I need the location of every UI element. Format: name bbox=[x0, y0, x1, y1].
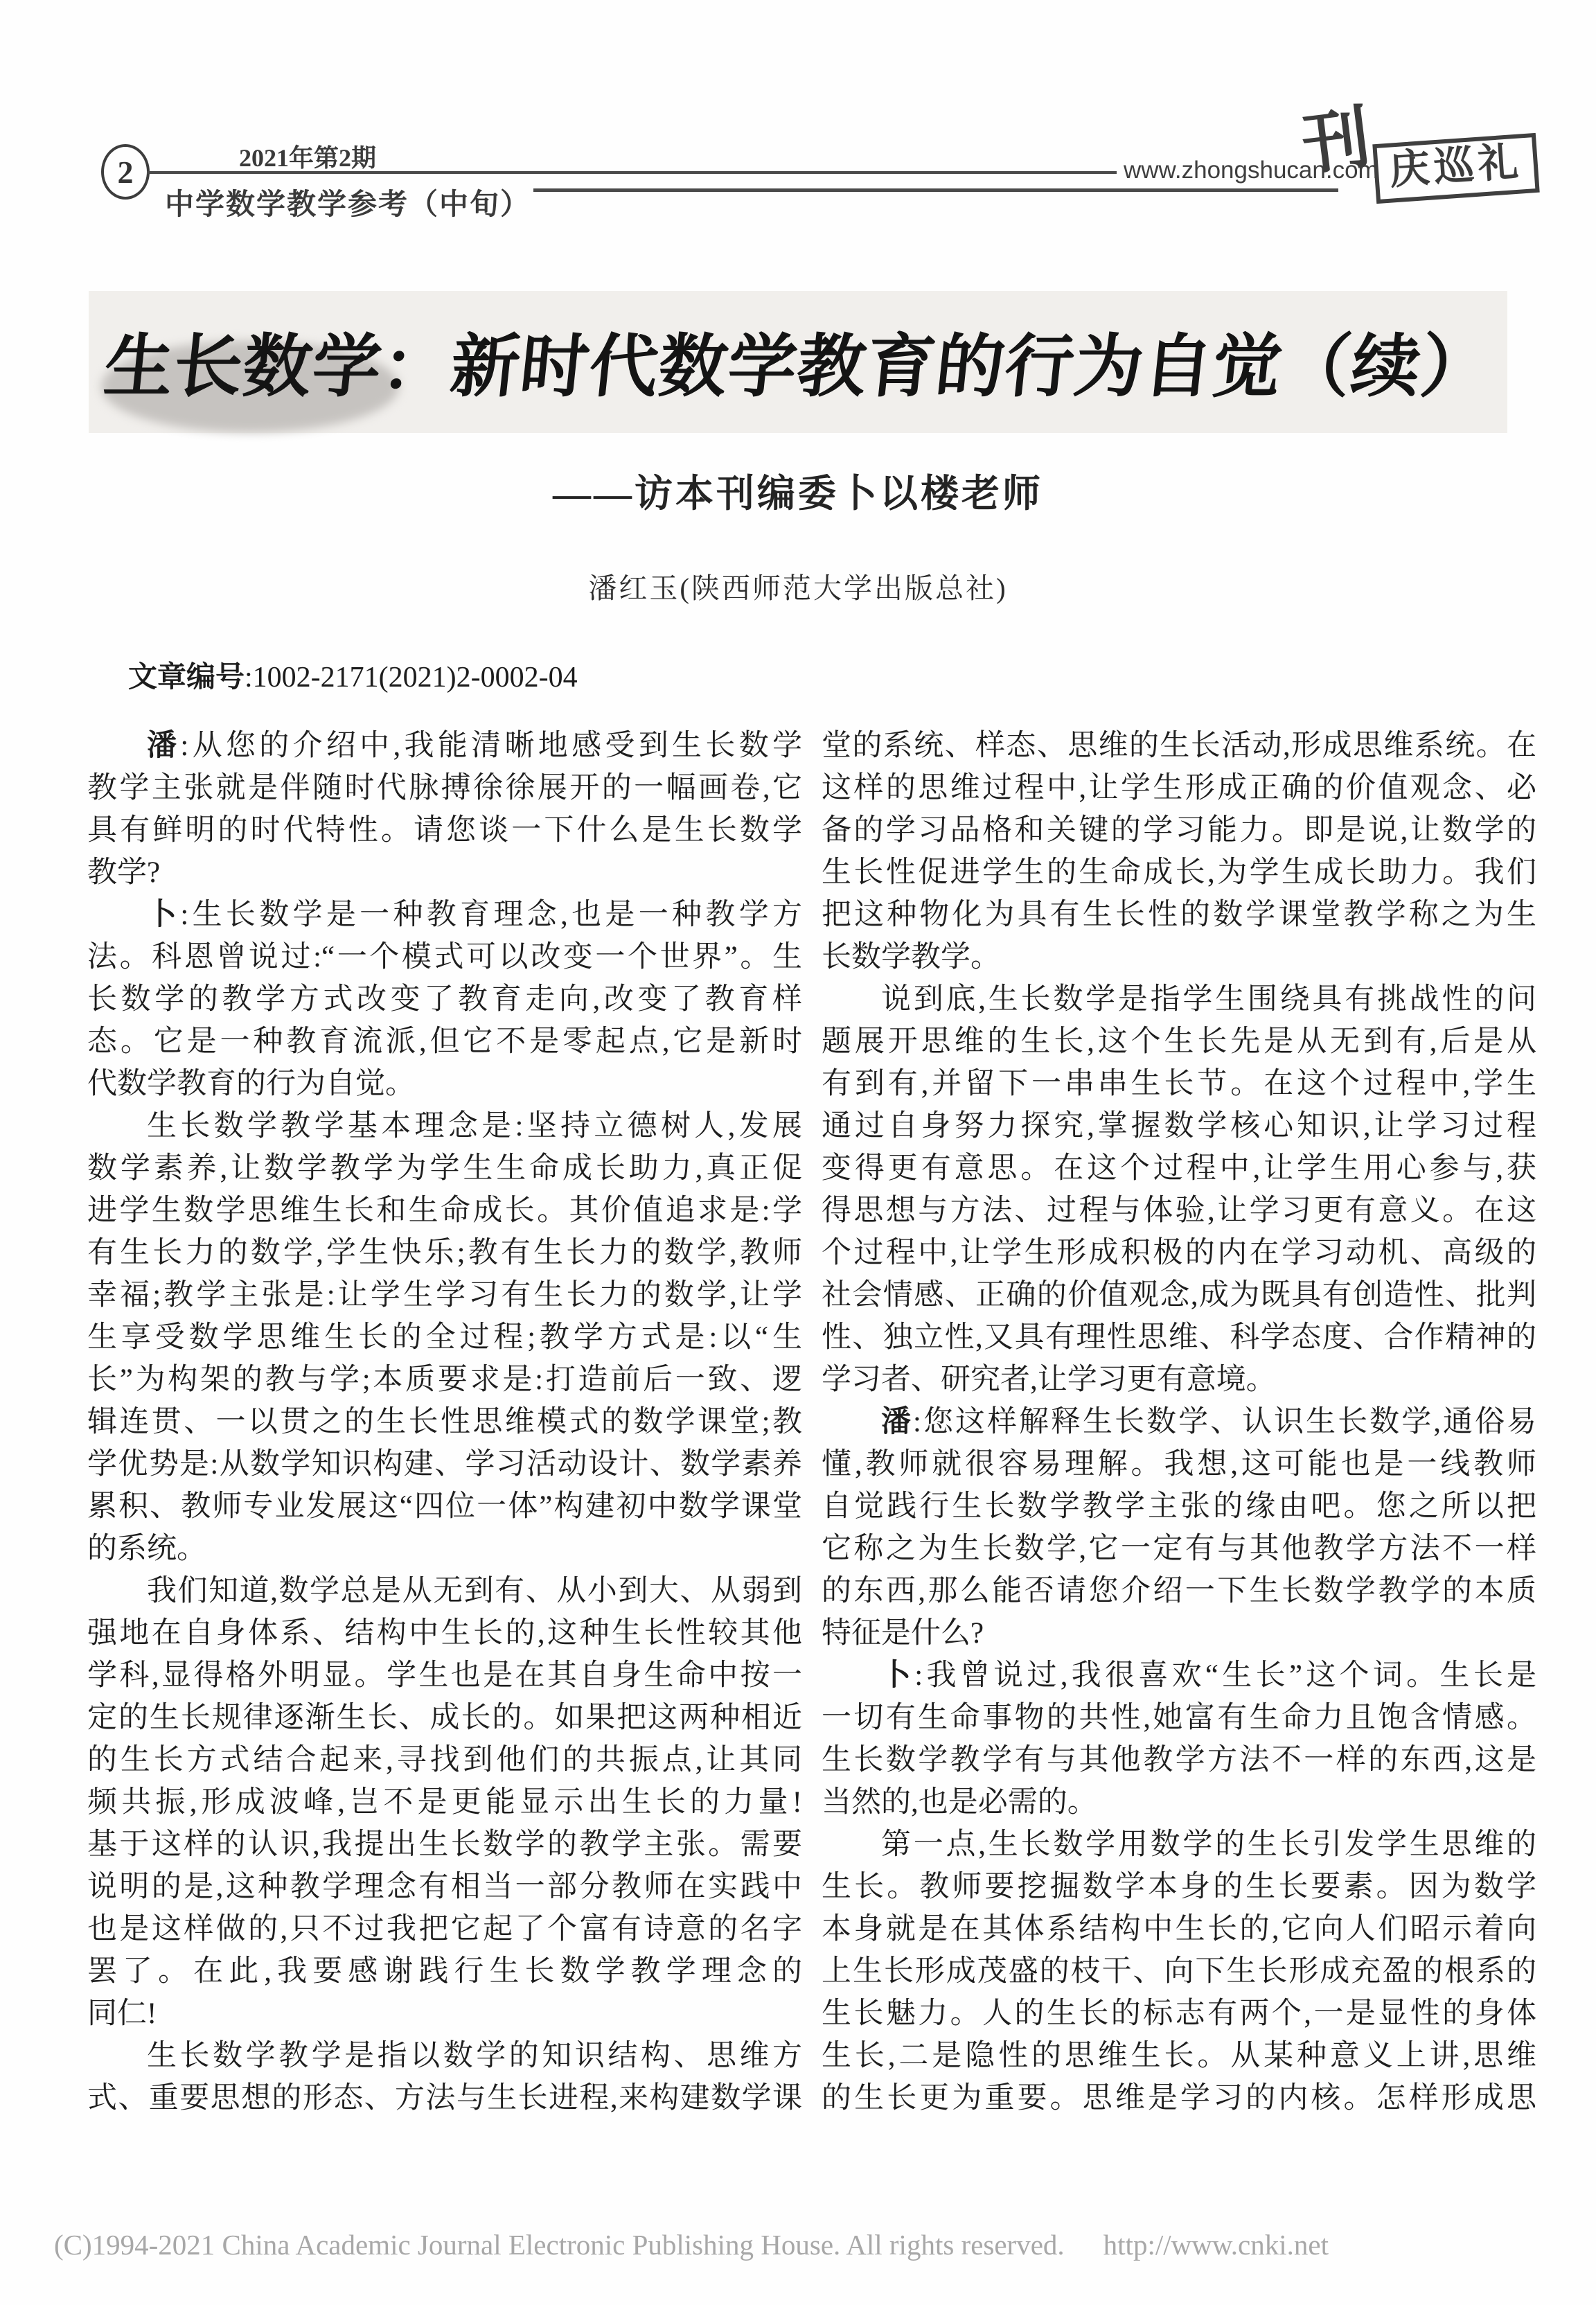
cnki-url: http://www.cnki.net bbox=[1103, 2229, 1329, 2261]
text-line: 卜:生长数学是一种教育理念,也是一种教学方 bbox=[87, 894, 802, 936]
text-line: 定的生长规律逐渐生长、成长的。如果把这两种相近 bbox=[87, 1697, 802, 1739]
text-line: 有生长力的数学,学生快乐;教有生长力的数学,教师 bbox=[87, 1232, 802, 1274]
speaker-label: 潘 bbox=[881, 1405, 913, 1438]
text-line: 自觉践行生长数学教学主张的缘由吧。您之所以把 bbox=[822, 1485, 1536, 1528]
text-line: 进学生数学思维生长和生命成长。其价值追求是:学 bbox=[87, 1190, 802, 1232]
article-subtitle: ——访本刊编委卜以楼老师 bbox=[0, 463, 1596, 518]
article-number-line: 文章编号:1002-2171(2021)2-0002-04 bbox=[128, 654, 578, 696]
text-line: 数学素养,让数学教学为学生生命成长助力,真正促 bbox=[87, 1147, 802, 1190]
text-line: 生长性促进学生的生命成长,为学生成长助力。我们 bbox=[822, 851, 1536, 894]
text-line: 性、独立性,又具有理性思维、科学态度、合作精神的 bbox=[822, 1316, 1536, 1359]
text-line: 辑连贯、一以贯之的生长性思维模式的数学课堂;教 bbox=[87, 1401, 802, 1443]
text-line: 代数学教育的行为自觉。 bbox=[87, 1063, 802, 1105]
text-line: 罢了。在此,我要感谢践行生长数学教学理念的 bbox=[87, 1950, 802, 1993]
text-line: 基于这样的认识,我提出生长数学的教学主张。需要 bbox=[87, 1823, 802, 1866]
text-line: 潘:从您的介绍中,我能清晰地感受到生长数学 bbox=[87, 725, 802, 767]
text-line: 变得更有意思。在这个过程中,让学生用心参与,获 bbox=[822, 1147, 1536, 1190]
text-line: 幸福;教学主张是:让学生学习有生长力的数学,让学 bbox=[87, 1274, 802, 1316]
text-line: 长数学教学。 bbox=[822, 936, 1536, 978]
text-line: 长”为构架的教与学;本质要求是:打造前后一致、逻 bbox=[87, 1359, 802, 1401]
text-line: 的东西,那么能否请您介绍一下生长数学教学的本质 bbox=[822, 1570, 1536, 1612]
text-line: 频共振,形成波峰,岂不是更能显示出生长的力量! bbox=[87, 1781, 802, 1823]
text-line: 的系统。 bbox=[87, 1528, 802, 1570]
article-title: 生长数学：新时代数学教育的行为自觉（续） bbox=[84, 312, 1513, 410]
text-line: 这样的思维过程中,让学生形成正确的价值观念、必 bbox=[822, 767, 1536, 809]
text-line: 的生长方式结合起来,寻找到他们的共振点,让其同 bbox=[87, 1739, 802, 1781]
body-column-right: 堂的系统、样态、思维的生长活动,形成思维系统。在这样的思维过程中,让学生形成正确… bbox=[822, 725, 1536, 2119]
text-line: 特征是什么? bbox=[822, 1612, 1536, 1654]
text-line: 具有鲜明的时代特性。请您谈一下什么是生长数学 bbox=[87, 809, 802, 851]
author-line: 潘红玉(陕西师范大学出版总社) bbox=[0, 565, 1596, 606]
text-line: 生长,二是隐性的思维生长。从某种意义上讲,思维 bbox=[822, 2035, 1536, 2077]
text-line: 学科,显得格外明显。学生也是在其自身生命中按一 bbox=[87, 1654, 802, 1697]
text-line: 的生长更为重要。思维是学习的内核。怎样形成思 bbox=[822, 2077, 1536, 2119]
page-number: 2 bbox=[118, 154, 134, 191]
journal-name: 中学数学教学参考（中旬） bbox=[165, 182, 531, 223]
logo-kan-character: 刊 bbox=[1298, 105, 1376, 202]
text-line: 也是这样做的,只不过我把它起了个富有诗意的名字 bbox=[87, 1908, 802, 1950]
text-line: 累积、教师专业发展这“四位一体”构建初中数学课堂 bbox=[87, 1485, 802, 1528]
text-line: 强地在自身体系、结构中生长的,这种生长性较其他 bbox=[87, 1612, 802, 1654]
text-line: 它称之为生长数学,它一定有与其他教学方法不一样 bbox=[822, 1528, 1536, 1570]
text-line: 当然的,也是必需的。 bbox=[822, 1781, 1536, 1823]
text-line: 法。科恩曾说过:“一个模式可以改变一个世界”。生 bbox=[87, 936, 802, 978]
title-band: 生长数学：新时代数学教育的行为自觉（续） bbox=[89, 291, 1507, 433]
column-stamp-logo: 刊 庆巡礼 bbox=[1304, 108, 1538, 198]
text-line: 本身就是在其体系结构中生长的,它向人们昭示着向 bbox=[822, 1908, 1536, 1950]
body-column-left: 潘:从您的介绍中,我能清晰地感受到生长数学教学主张就是伴随时代脉搏徐徐展开的一幅… bbox=[87, 725, 802, 2119]
text-line: 有到有,并留下一串串生长节。在这个过程中,学生 bbox=[822, 1063, 1536, 1105]
text-line: 生长数学教学有与其他教学方法不一样的东西,这是 bbox=[822, 1739, 1536, 1781]
text-line: 说到底,生长数学是指学生围绕具有挑战性的问 bbox=[822, 978, 1536, 1021]
text-line: 懂,教师就很容易理解。我想,这可能也是一线教师 bbox=[822, 1443, 1536, 1485]
text-line: 一切有生命事物的共性,她富有生命力且饱含情感。 bbox=[822, 1697, 1536, 1739]
text-line: 生长数学教学基本理念是:坚持立德树人,发展 bbox=[87, 1105, 802, 1147]
text-line: 长数学的教学方式改变了教育走向,改变了教育样 bbox=[87, 978, 802, 1021]
speaker-label: 卜 bbox=[881, 1659, 914, 1692]
text-line: 教学? bbox=[87, 851, 802, 894]
text-line: 生享受数学思维生长的全过程;教学方式是:以“生 bbox=[87, 1316, 802, 1359]
page-number-badge: 2 bbox=[101, 144, 150, 200]
text-line: 堂的系统、样态、思维的生长活动,形成思维系统。在 bbox=[822, 725, 1536, 767]
logo-boxed-text: 庆巡礼 bbox=[1372, 133, 1539, 204]
issue-label: 2021年第2期 bbox=[239, 139, 376, 174]
text-line: 把这种物化为具有生长性的数学课堂教学称之为生 bbox=[822, 894, 1536, 936]
text-line: 生长魅力。人的生长的标志有两个,一是显性的身体 bbox=[822, 1993, 1536, 2035]
copyright-footer: (C)1994-2021 China Academic Journal Elec… bbox=[54, 2228, 1329, 2261]
article-number-label: 文章编号 bbox=[128, 660, 245, 693]
text-line: 生长数学教学是指以数学的知识结构、思维方 bbox=[87, 2035, 802, 2077]
text-line: 题展开思维的生长,这个生长先是从无到有,后是从 bbox=[822, 1021, 1536, 1063]
copyright-text: (C)1994-2021 China Academic Journal Elec… bbox=[54, 2229, 1065, 2261]
text-line: 说明的是,这种教学理念有相当一部分教师在实践中 bbox=[87, 1866, 802, 1908]
header-rule-top bbox=[147, 171, 1117, 174]
text-line: 教学主张就是伴随时代脉搏徐徐展开的一幅画卷,它 bbox=[87, 767, 802, 809]
text-line: 式、重要思想的形态、方法与生长进程,来构建数学课 bbox=[87, 2077, 802, 2119]
text-line: 态。它是一种教育流派,但它不是零起点,它是新时 bbox=[87, 1021, 802, 1063]
text-line: 第一点,生长数学用数学的生长引发学生思维的 bbox=[822, 1823, 1536, 1866]
text-line: 得思想与方法、过程与体验,让学习更有意义。在这 bbox=[822, 1190, 1536, 1232]
text-line: 通过自身努力探究,掌握数学核心知识,让学习过程 bbox=[822, 1105, 1536, 1147]
text-line: 学优势是:从数学知识构建、学习活动设计、数学素养 bbox=[87, 1443, 802, 1485]
text-line: 学习者、研究者,让学习更有意境。 bbox=[822, 1359, 1536, 1401]
speaker-label: 潘 bbox=[147, 729, 180, 762]
header-rule-bottom bbox=[533, 188, 1338, 192]
text-line: 社会情感、正确的价值观念,成为既具有创造性、批判 bbox=[822, 1274, 1536, 1316]
speaker-label: 卜 bbox=[147, 898, 180, 931]
text-line: 潘:您这样解释生长数学、认识生长数学,通俗易 bbox=[822, 1401, 1536, 1443]
text-line: 我们知道,数学总是从无到有、从小到大、从弱到 bbox=[87, 1570, 802, 1612]
text-line: 卜:我曾说过,我很喜欢“生长”这个词。生长是 bbox=[822, 1654, 1536, 1697]
text-line: 个过程中,让学生形成积极的内在学习动机、高级的 bbox=[822, 1232, 1536, 1274]
text-line: 上生长形成茂盛的枝干、向下生长形成充盈的根系的 bbox=[822, 1950, 1536, 1993]
text-line: 生长。教师要挖掘数学本身的生长要素。因为数学 bbox=[822, 1866, 1536, 1908]
text-line: 备的学习品格和关键的学习能力。即是说,让数学的 bbox=[822, 809, 1536, 851]
article-number-value: :1002-2171(2021)2-0002-04 bbox=[245, 662, 578, 694]
text-line: 同仁! bbox=[87, 1993, 802, 2035]
